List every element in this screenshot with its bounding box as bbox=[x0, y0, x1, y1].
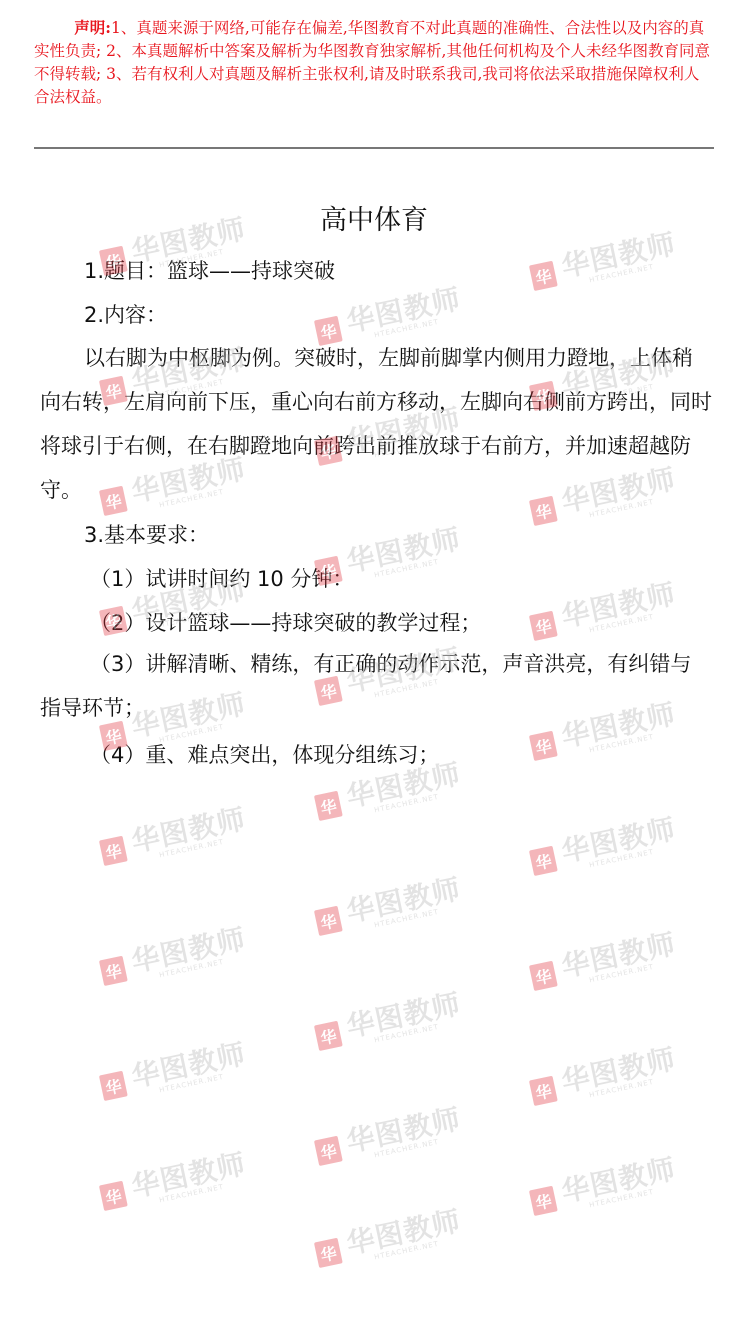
watermark-logo-icon: 华 bbox=[99, 956, 128, 986]
content-heading: 2.内容： bbox=[84, 299, 167, 329]
disclaimer-label: 声明: bbox=[74, 18, 111, 37]
watermark-logo-icon: 华 bbox=[99, 1181, 128, 1211]
requirements-heading: 3.基本要求： bbox=[84, 519, 209, 549]
watermark-logo-icon: 华 bbox=[529, 261, 558, 291]
watermark: 华华图教师HTEACHER.NET bbox=[98, 1150, 250, 1216]
watermark: 华华图教师HTEACHER.NET bbox=[313, 1105, 465, 1171]
requirement-item: （2）设计篮球——持球突破的教学过程； bbox=[90, 607, 481, 637]
watermark-logo-icon: 华 bbox=[99, 1071, 128, 1101]
watermark: 华华图教师HTEACHER.NET bbox=[528, 1155, 680, 1221]
watermark-logo-icon: 华 bbox=[529, 731, 558, 761]
watermark-logo-icon: 华 bbox=[314, 906, 343, 936]
content-paragraph: 以右脚为中枢脚为例。突破时，左脚前脚掌内侧用力蹬地，上体稍向右转，左肩向前下压，… bbox=[40, 336, 712, 512]
watermark: 华华图教师HTEACHER.NET bbox=[313, 875, 465, 941]
requirement-item: （1）试讲时间约 10 分钟： bbox=[90, 563, 353, 593]
disclaimer-text: 1、真题来源于网络,可能存在偏差,华图教育不对此真题的准确性、合法性以及内容的真… bbox=[34, 19, 710, 106]
topic-line: 1.题目：篮球——持球突破 bbox=[84, 255, 335, 285]
watermark: 华华图教师HTEACHER.NET bbox=[313, 1207, 465, 1273]
watermark-logo-icon: 华 bbox=[314, 791, 343, 821]
watermark: 华华图教师HTEACHER.NET bbox=[98, 925, 250, 991]
watermark-logo-icon: 华 bbox=[529, 1186, 558, 1216]
watermark: 华华图教师HTEACHER.NET bbox=[528, 1045, 680, 1111]
watermark-logo-icon: 华 bbox=[529, 961, 558, 991]
watermark: 华华图教师HTEACHER.NET bbox=[528, 815, 680, 881]
watermark-logo-icon: 华 bbox=[99, 836, 128, 866]
watermark-logo-icon: 华 bbox=[529, 846, 558, 876]
watermark-logo-icon: 华 bbox=[314, 1136, 343, 1166]
divider bbox=[34, 147, 714, 149]
watermark: 华华图教师HTEACHER.NET bbox=[313, 760, 465, 826]
watermark: 华华图教师HTEACHER.NET bbox=[528, 230, 680, 296]
watermark-logo-icon: 华 bbox=[314, 1021, 343, 1051]
watermark: 华华图教师HTEACHER.NET bbox=[528, 580, 680, 646]
disclaimer-notice: 声明:1、真题来源于网络,可能存在偏差,华图教育不对此真题的准确性、合法性以及内… bbox=[34, 16, 714, 109]
requirement-item: （4）重、难点突出，体现分组练习； bbox=[90, 739, 439, 769]
page-title: 高中体育 bbox=[0, 198, 748, 237]
watermark: 华华图教师HTEACHER.NET bbox=[98, 1040, 250, 1106]
watermark-logo-icon: 华 bbox=[529, 1076, 558, 1106]
watermark: 华华图教师HTEACHER.NET bbox=[98, 805, 250, 871]
watermark: 华华图教师HTEACHER.NET bbox=[528, 930, 680, 996]
watermark: 华华图教师HTEACHER.NET bbox=[313, 990, 465, 1056]
watermark-logo-icon: 华 bbox=[529, 611, 558, 641]
watermark-logo-icon: 华 bbox=[314, 1238, 343, 1268]
requirement-item: （3）讲解清晰、精练，有正确的动作示范，声音洪亮，有纠错与指导环节； bbox=[40, 642, 712, 730]
